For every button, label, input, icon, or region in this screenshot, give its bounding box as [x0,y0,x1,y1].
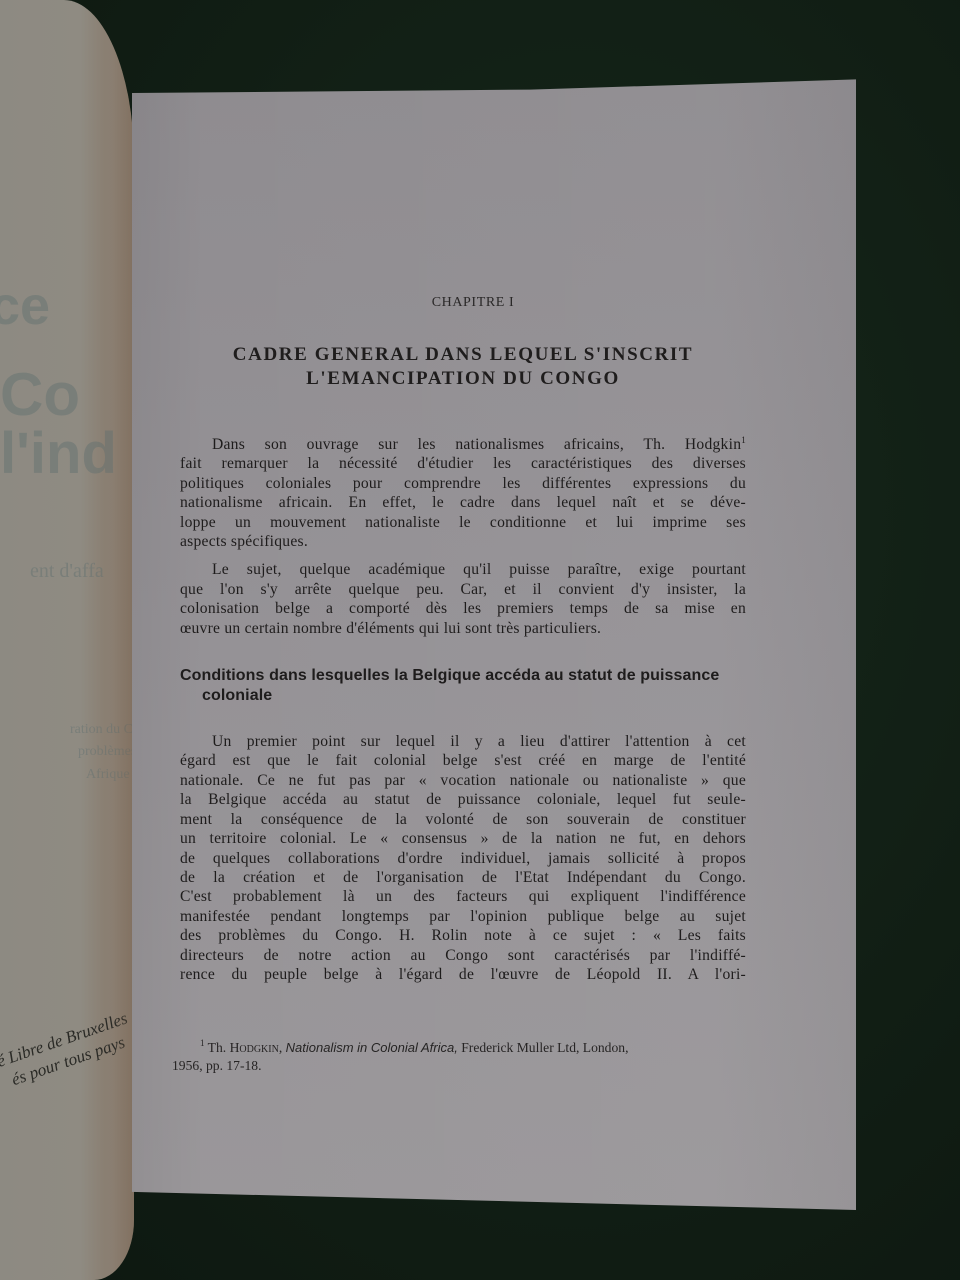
previous-page-edge: ce Co l'ind ent d'affa ration du Con pro… [0,0,134,1280]
text-line: que l'on s'y arrête quelque peu. Car, et… [180,580,746,599]
footnote-title: Nationalism in Colonial Africa, [286,1040,458,1055]
footnote: 1 Th. Hodgkin, Nationalism in Colonial A… [172,1034,758,1075]
footnote-line: 1 Th. Hodgkin, Nationalism in Colonial A… [172,1034,758,1057]
text-line: la Belgique accéda au statut de puissanc… [180,790,746,809]
chapter-title-line: L'EMANCIPATION DU CONGO [180,367,746,391]
chapter-title-line: CADRE GENERAL DANS LEQUEL S'INSCRIT [180,343,746,367]
text-line: loppe un mouvement nationaliste le condi… [180,513,746,532]
text-line: politiques coloniales pour comprendre le… [180,474,746,493]
text-line: fait remarquer la nécessité d'étudier le… [180,454,746,473]
text-line: des problèmes du Congo. H. Rolin note à … [180,926,746,945]
bleed-through-text: Co [0,360,80,429]
footnote-publisher: Frederick Muller Ltd, London, [461,1040,628,1055]
text-line: un territoire colonial. Le « consensus »… [180,829,746,848]
section-heading: Conditions dans lesquelles la Belgique a… [180,666,746,706]
footnote-author-prefix: Th. [208,1040,227,1055]
text-line: manifestée pendant longtemps par l'opini… [180,907,746,926]
text-line: Un premier point sur lequel il y a lieu … [180,732,746,751]
text-line: C'est probablement là un des facteurs qu… [180,887,746,906]
paragraph-intro: Dans son ouvrage sur les nationalismes a… [180,431,746,551]
bleed-through-text: ent d'affa [30,560,104,583]
text-line: Le sujet, quelque académique qu'il puiss… [180,560,746,579]
text-line: nationalisme africain. En effet, le cadr… [180,493,746,512]
text-line: colonisation belge a comporté dès les pr… [180,599,746,618]
text-line: aspects spécifiques. [180,532,746,551]
heading-line: coloniale [180,686,746,706]
text-line: de quelques collaborations d'ordre indiv… [180,849,746,868]
heading-line: Conditions dans lesquelles la Belgique a… [180,666,746,686]
footnote-ref[interactable]: 1 [741,435,746,445]
text-span: Dans son ouvrage sur les nationalismes a… [212,436,741,453]
footnote-author: Hodgkin [230,1040,279,1055]
text-line: œuvre un certain nombre d'éléments qui l… [180,619,746,638]
page-curl-shadow [112,0,134,1280]
text-line: Dans son ouvrage sur les nationalismes a… [180,431,746,454]
text-line: rence du peuple belge à l'égard de l'œuv… [180,965,746,984]
bleed-through-text: ce [0,275,50,337]
page-content: CHAPITRE I CADRE GENERAL DANS LEQUEL S'I… [180,295,746,993]
chapter-label: CHAPITRE I [180,295,746,311]
text-line: nationale. Ce ne fut pas par « vocation … [180,771,746,790]
chapter-title: CADRE GENERAL DANS LEQUEL S'INSCRIT L'EM… [180,343,746,391]
paragraph-section: Un premier point sur lequel il y a lieu … [180,732,746,984]
footnote-line: 1956, pp. 17-18. [172,1057,758,1075]
text-line: directeurs de notre action au Congo sont… [180,946,746,965]
footnote-number: 1 [200,1038,205,1048]
text-line: égard est que le fait colonial belge s'e… [180,751,746,770]
bleed-through-text: l'ind [0,420,117,487]
paragraph-subject: Le sujet, quelque académique qu'il puiss… [180,560,746,638]
text-line: de la création et de l'organisation de l… [180,868,746,887]
text-line: ment la conséquence de la volonté de son… [180,810,746,829]
